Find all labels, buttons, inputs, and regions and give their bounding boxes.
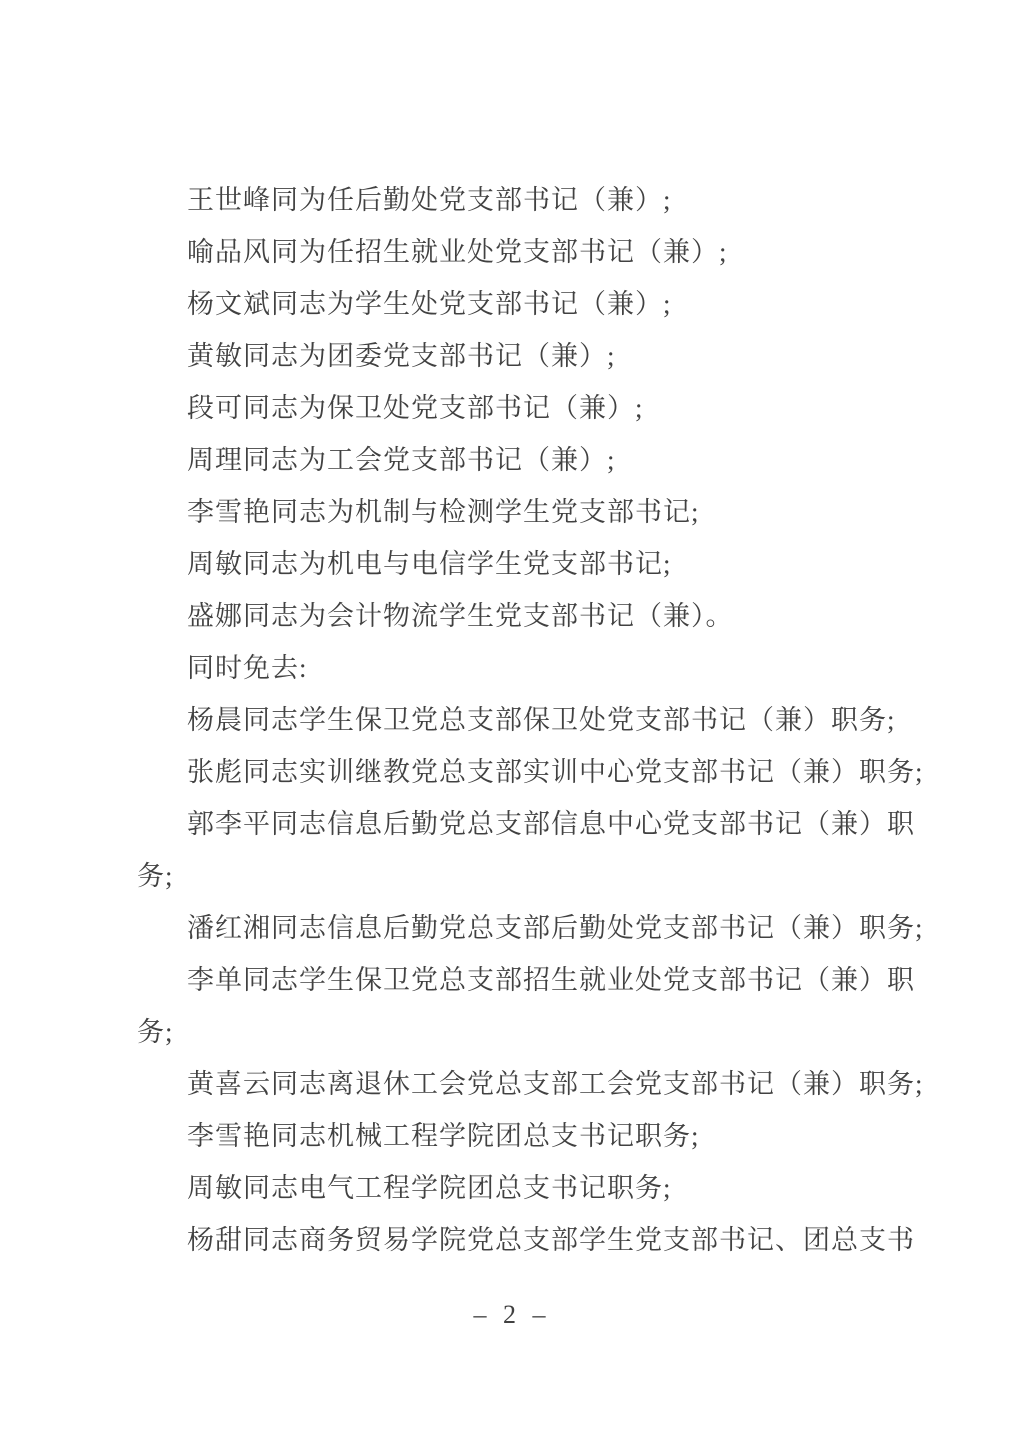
document-line: 杨晨同志学生保卫党总支部保卫处党支部书记（兼）职务; (137, 694, 927, 746)
document-line: 黄敏同志为团委党支部书记（兼）; (137, 330, 927, 382)
document-line: 周敏同志为机电与电信学生党支部书记; (137, 538, 927, 590)
document-line: 周敏同志电气工程学院团总支书记职务; (137, 1162, 927, 1214)
document-line: 周理同志为工会党支部书记（兼）; (137, 434, 927, 486)
document-line: 喻品风同为任招生就业处党支部书记（兼）; (137, 226, 927, 278)
document-line: 潘红湘同志信息后勤党总支部后勤处党支部书记（兼）职务; (137, 902, 927, 954)
document-line: 黄喜云同志离退休工会党总支部工会党支部书记（兼）职务; (137, 1058, 927, 1110)
document-line: 段可同志为保卫处党支部书记（兼）; (137, 382, 927, 434)
document-line: 郭李平同志信息后勤党总支部信息中心党支部书记（兼）职 (137, 798, 927, 850)
document-page: 王世峰同为任后勤处党支部书记（兼）; 喻品风同为任招生就业处党支部书记（兼）; … (0, 0, 1024, 1448)
document-line: 王世峰同为任后勤处党支部书记（兼）; (137, 174, 927, 226)
document-line: 李雪艳同志为机制与检测学生党支部书记; (137, 486, 927, 538)
document-line: 李单同志学生保卫党总支部招生就业处党支部书记（兼）职 (137, 954, 927, 1006)
document-section-heading: 同时免去: (137, 642, 927, 694)
document-line-continuation: 务; (137, 850, 927, 902)
document-body: 王世峰同为任后勤处党支部书记（兼）; 喻品风同为任招生就业处党支部书记（兼）; … (137, 174, 927, 1266)
document-line: 张彪同志实训继教党总支部实训中心党支部书记（兼）职务; (137, 746, 927, 798)
document-line: 李雪艳同志机械工程学院团总支书记职务; (137, 1110, 927, 1162)
document-line: 杨文斌同志为学生处党支部书记（兼）; (137, 278, 927, 330)
document-line: 杨甜同志商务贸易学院党总支部学生党支部书记、团总支书 (137, 1214, 927, 1266)
document-line: 盛娜同志为会计物流学生党支部书记（兼）。 (137, 590, 927, 642)
document-line-continuation: 务; (137, 1006, 927, 1058)
page-number: – 2 – (0, 1295, 1024, 1335)
